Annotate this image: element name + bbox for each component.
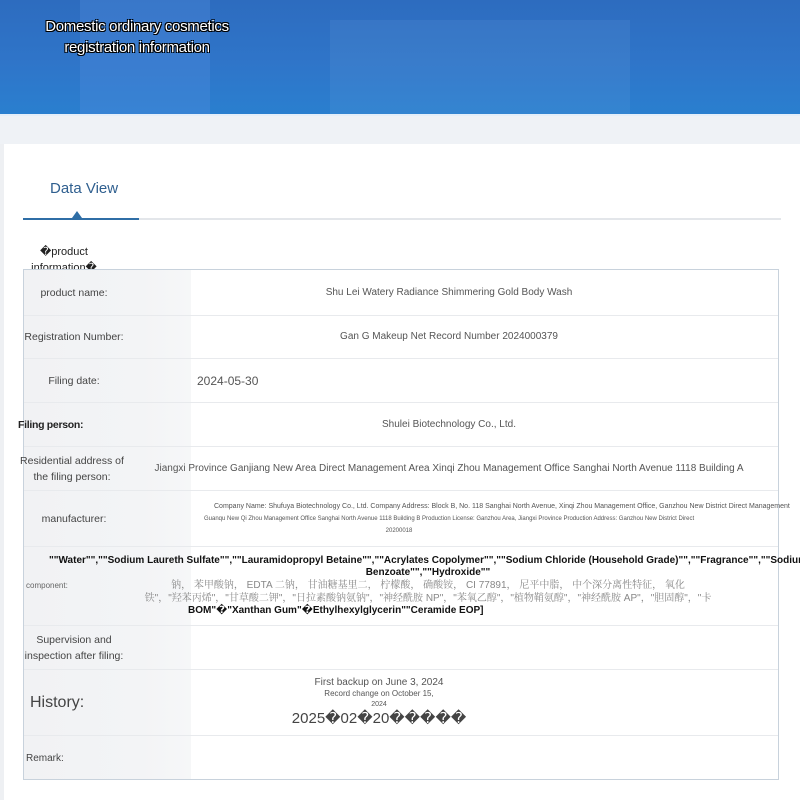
filing-person-label: Filing person:	[18, 403, 118, 446]
table-row: component: ""Water"",""Sodium Laureth Su…	[24, 547, 778, 626]
tab-data-view[interactable]: Data View	[50, 180, 118, 197]
residential-address-value: Jiangxi Province Ganjiang New Area Direc…	[124, 447, 774, 490]
history-entry: First backup on June 3, 2024	[315, 677, 444, 688]
table-row: manufacturer: Company Name: Shufuya Biot…	[24, 491, 778, 547]
page-header: Domestic ordinary cosmetics registration…	[0, 0, 800, 114]
history-label: History:	[24, 670, 124, 735]
product-name-value: Shu Lei Watery Radiance Shimmering Gold …	[124, 270, 774, 315]
component-line: 铁"，"羟苯丙烯"，"甘草酸二钾"，"日拉素酸钠氨钠"，"神经酰胺 NP"，"苯…	[145, 592, 712, 605]
left-edge	[0, 144, 4, 800]
filing-date-value: 2024-05-30	[124, 359, 774, 402]
remark-value	[124, 736, 774, 781]
filing-person-value: Shulei Biotechnology Co., Ltd.	[124, 403, 774, 446]
header-band	[0, 114, 800, 144]
supervision-value	[124, 626, 774, 669]
manufacturer-label: manufacturer:	[24, 491, 124, 546]
table-row: Filing date: 2024-05-30	[24, 359, 778, 403]
table-row: Supervision and inspection after filing:	[24, 626, 778, 670]
remark-label: Remark:	[24, 736, 124, 781]
tab-active-underline	[23, 218, 139, 220]
history-entry: Record change on October 15,	[324, 688, 433, 699]
supervision-label: Supervision and inspection after filing:	[24, 626, 124, 669]
product-name-label: product name:	[24, 270, 124, 315]
table-row: Remark:	[24, 736, 778, 781]
manufacturer-line: Guanqu New Qi Zhou Management Office San…	[134, 513, 694, 525]
page-title: Domestic ordinary cosmetics registration…	[8, 16, 266, 58]
component-line: Benzoate"",""Hydroxide""	[366, 567, 491, 579]
table-row: Residential address of the filing person…	[24, 447, 778, 491]
registration-number-value: Gan G Makeup Net Record Number 202400037…	[124, 316, 774, 358]
history-entry: 2025�02�20�����	[292, 710, 466, 728]
residential-address-label: Residential address of the filing person…	[16, 447, 128, 490]
manufacturer-value: Company Name: Shufuya Biotechnology Co.,…	[124, 491, 774, 546]
component-value: ""Water"",""Sodium Laureth Sulfate"",""L…	[108, 547, 768, 625]
manufacturer-line: 20200018	[386, 525, 523, 537]
table-row: Registration Number: Gan G Makeup Net Re…	[24, 316, 778, 359]
component-line: 钠， 苯甲酸钠， EDTA 二钠， 甘油糖基里二， 柠檬酸， 确酸铵， CI 7…	[171, 579, 685, 592]
table-row: History: First backup on June 3, 2024 Re…	[24, 670, 778, 736]
history-value: First backup on June 3, 2024 Record chan…	[124, 670, 774, 735]
caret-up-icon	[72, 211, 82, 218]
table-row: product name: Shu Lei Watery Radiance Sh…	[24, 270, 778, 316]
manufacturer-line: Company Name: Shufuya Biotechnology Co.,…	[134, 501, 790, 513]
registration-number-label: Registration Number:	[24, 316, 124, 358]
table-row: Filing person: Shulei Biotechnology Co.,…	[24, 403, 778, 447]
history-entry: 2024	[371, 699, 387, 710]
component-line: BOM"�"Xanthan Gum"�Ethylhexylglycerin""C…	[108, 605, 483, 617]
component-line: ""Water"",""Sodium Laureth Sulfate"",""L…	[49, 555, 800, 567]
record-table: product name: Shu Lei Watery Radiance Sh…	[23, 269, 779, 780]
filing-date-label: Filing date:	[24, 359, 124, 402]
